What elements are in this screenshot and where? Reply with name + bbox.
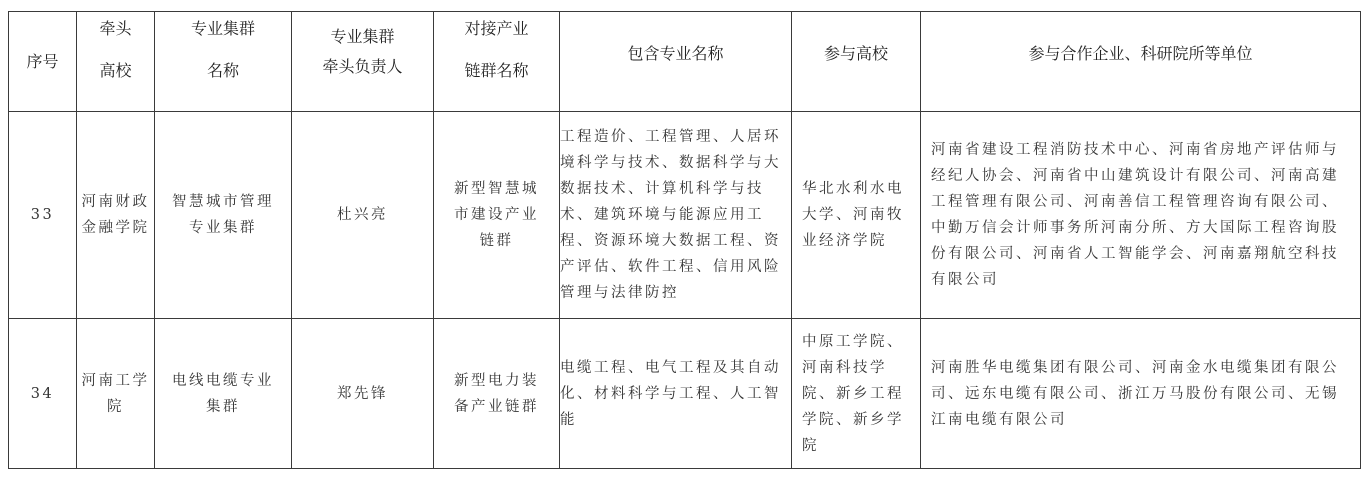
cell-majors: 电缆工程、电气工程及其自动化、材料科学与工程、人工智能 [560, 319, 792, 469]
header-row: 序号 牵头 高校 专业集群 名称 专业集群 牵头负责人 对接产业 链群名称 包含… [9, 12, 1361, 112]
cell-industry-chain: 新型电力装备产业链群 [434, 319, 560, 469]
header-index: 序号 [9, 12, 77, 112]
cell-cluster-leader: 杜兴亮 [292, 112, 434, 319]
header-cluster-leader: 专业集群 牵头负责人 [292, 12, 434, 112]
cell-cluster-name: 电线电缆专业集群 [155, 319, 292, 469]
cell-lead-school: 河南工学院 [77, 319, 155, 469]
cell-majors: 工程造价、工程管理、人居环境科学与技术、数据科学与大数据技术、计算机科学与技术、… [560, 112, 792, 319]
header-partners: 参与合作企业、科研院所等单位 [921, 12, 1361, 112]
header-cluster-name: 专业集群 名称 [155, 12, 292, 112]
header-industry-chain: 对接产业 链群名称 [434, 12, 560, 112]
header-majors: 包含专业名称 [560, 12, 792, 112]
cell-cluster-leader: 郑先锋 [292, 319, 434, 469]
cell-index: 34 [9, 319, 77, 469]
table-row: 34 河南工学院 电线电缆专业集群 郑先锋 新型电力装备产业链群 电缆工程、电气… [9, 319, 1361, 469]
cell-lead-school: 河南财政金融学院 [77, 112, 155, 319]
cell-index: 33 [9, 112, 77, 319]
cell-partners: 河南胜华电缆集团有限公司、河南金水电缆集团有限公司、远东电缆有限公司、浙江万马股… [921, 319, 1361, 469]
cell-cluster-name: 智慧城市管理专业集群 [155, 112, 292, 319]
cell-participating-schools: 中原工学院、河南科技学院、新乡工程学院、新乡学院 [792, 319, 921, 469]
professional-cluster-table: 序号 牵头 高校 专业集群 名称 专业集群 牵头负责人 对接产业 链群名称 包含… [8, 11, 1361, 469]
header-lead-school: 牵头 高校 [77, 12, 155, 112]
cell-partners: 河南省建设工程消防技术中心、河南省房地产评估师与经纪人协会、河南省中山建筑设计有… [921, 112, 1361, 319]
cell-industry-chain: 新型智慧城市建设产业链群 [434, 112, 560, 319]
cell-participating-schools: 华北水利水电大学、河南牧业经济学院 [792, 112, 921, 319]
header-participating-schools: 参与高校 [792, 12, 921, 112]
table-row: 33 河南财政金融学院 智慧城市管理专业集群 杜兴亮 新型智慧城市建设产业链群 … [9, 112, 1361, 319]
